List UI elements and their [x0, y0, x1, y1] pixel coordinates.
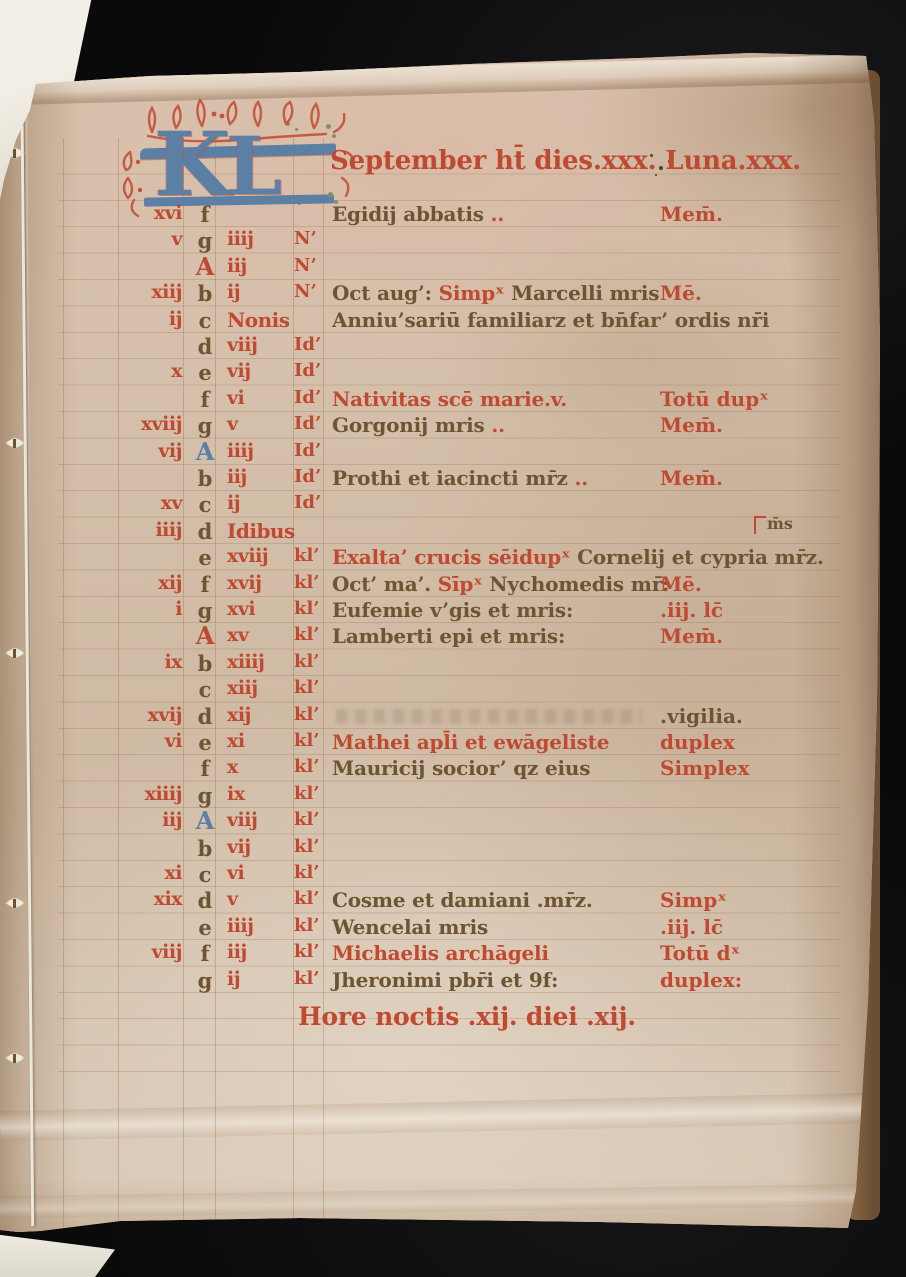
- calends-mark: kl’: [294, 730, 320, 751]
- roman-day-count: ij: [227, 492, 240, 514]
- crease-band: [0, 1093, 870, 1141]
- roman-day-count: xiij: [227, 677, 258, 699]
- calends-mark: Id’: [294, 440, 321, 461]
- calendar-row-day-7: xevijId’: [0, 360, 906, 386]
- text-segment: Mē.: [660, 572, 702, 596]
- text-segment: Gorgonij mris: [332, 413, 485, 437]
- calendar-row-day-15: xijfxvijkl’Oct’ ma’. Sīpˣ Nychomedis mr̄…: [0, 572, 906, 598]
- feast-entry: Mauricij socior’ qz eius: [332, 756, 590, 780]
- golden-number: ij: [112, 308, 182, 330]
- feast-grade: Mem̄.: [660, 413, 723, 437]
- feast-entry: Michaelis archāgeli: [332, 941, 549, 965]
- dominical-letter: c: [189, 862, 221, 887]
- golden-number: xvij: [112, 704, 182, 726]
- feast-grade: duplex:: [660, 968, 742, 992]
- dominical-letter: f: [189, 572, 221, 597]
- dominical-letter: e: [189, 360, 221, 385]
- calends-mark: Id’: [294, 360, 321, 381]
- feast-entry: Gorgonij mris ..: [332, 413, 505, 437]
- roman-day-count: xv: [227, 624, 248, 646]
- text-segment: Mauricij socior’ qz eius: [332, 756, 590, 780]
- calends-mark: kl’: [294, 598, 320, 619]
- golden-number: iiij: [112, 519, 182, 541]
- calends-mark: kl’: [294, 756, 320, 777]
- calends-mark: kl’: [294, 809, 320, 830]
- golden-number: xv: [112, 492, 182, 514]
- feast-entry: Anniu’sariū familiarz et bn̄far’ ordis n…: [332, 308, 769, 332]
- roman-day-count: iij: [227, 255, 247, 277]
- feast-entry: Lamberti epi et mris:: [332, 624, 565, 648]
- text-segment: Michaelis archāgeli: [332, 941, 549, 965]
- initial-letter-k: K: [154, 120, 230, 208]
- roman-day-count: x: [227, 756, 238, 778]
- feast-grade: .iij. lc̄: [660, 598, 723, 622]
- feast-entry: Eufemie v’gis et mris:: [332, 598, 573, 622]
- dominical-letter: d: [189, 519, 221, 544]
- text-segment: Wencelai mris: [332, 915, 488, 939]
- calends-mark: kl’: [294, 572, 320, 593]
- marginal-note-text: m̄s: [767, 514, 793, 533]
- roman-day-count: iiij: [227, 228, 254, 250]
- text-segment: Mem̄.: [660, 624, 723, 648]
- roman-day-count: Idibus: [227, 519, 295, 543]
- feast-grade: .vigilia.: [660, 704, 743, 728]
- golden-number: i: [112, 598, 182, 620]
- roman-day-count: Nonis: [227, 308, 290, 332]
- golden-number: xij: [112, 572, 182, 594]
- calends-mark: kl’: [294, 888, 320, 909]
- text-segment: .iij. lc̄: [660, 915, 723, 939]
- roman-day-count: xvij: [227, 572, 261, 594]
- text-segment: Anniu’sariū familiarz et bn̄far’ ordis n…: [332, 308, 769, 332]
- sewing-slit: [13, 149, 16, 158]
- golden-number: viij: [112, 941, 182, 963]
- golden-number: xix: [112, 888, 182, 910]
- dominical-letter: e: [189, 915, 221, 940]
- calendar-row-day-19: cxiijkl’: [0, 677, 906, 703]
- roman-day-count: viij: [227, 809, 257, 831]
- roman-day-count: v: [227, 413, 238, 435]
- dominical-letter: b: [189, 281, 221, 306]
- text-segment: Totū dupˣ: [660, 387, 769, 411]
- feast-entry: Egidij abbatis ..: [332, 202, 504, 226]
- dominical-letter: c: [189, 677, 221, 702]
- calendar-row-day-22: fxkl’Mauricij socior’ qz eiusSimplex: [0, 756, 906, 782]
- text-segment: Mem̄.: [660, 466, 723, 490]
- roman-day-count: v: [227, 888, 238, 910]
- dominical-letter: A: [189, 806, 221, 835]
- text-segment: Nativitas scē marie.v.: [332, 387, 567, 411]
- calendar-row-day-4: xiijbijN’Oct aug’: Simpˣ Marcelli mrisMē…: [0, 281, 906, 307]
- roman-day-count: iij: [227, 941, 247, 963]
- text-segment: Simpˣ: [439, 281, 511, 305]
- calends-mark: kl’: [294, 624, 320, 645]
- text-segment: ..: [568, 466, 588, 490]
- calendar-row-day-27: xixdvkl’Cosme et damiani .mr̄z.Simpˣ: [0, 888, 906, 914]
- golden-number: x: [112, 360, 182, 382]
- month-header: September ht̄ dies.xxx. Luna.xxx.: [330, 146, 801, 176]
- feast-grade: Totū dˣ: [660, 941, 740, 965]
- feast-entry: Oct’ ma’. Sīpˣ Nychomedis mr̄:: [332, 572, 669, 596]
- text-segment: Mē.: [660, 281, 702, 305]
- roman-day-count: xviij: [227, 545, 268, 567]
- roman-day-count: xiiij: [227, 651, 264, 673]
- golden-number: xiij: [112, 281, 182, 303]
- feast-grade: Mem̄.: [660, 466, 723, 490]
- feast-grade: Mem̄.: [660, 202, 723, 226]
- calendar-row-day-1: xvifEgidij abbatis ..Mem̄.: [0, 202, 906, 228]
- roman-day-count: ij: [227, 968, 240, 990]
- initial-dot: [328, 192, 333, 197]
- dominical-letter: f: [189, 941, 221, 966]
- text-segment: Egidij abbatis: [332, 202, 484, 226]
- feast-grade: Simpˣ: [660, 888, 727, 912]
- calends-mark: Id’: [294, 466, 321, 487]
- roman-day-count: vij: [227, 360, 251, 382]
- dominical-letter: e: [189, 730, 221, 755]
- calends-mark: Id’: [294, 413, 321, 434]
- calends-mark: N’: [294, 281, 317, 302]
- text-segment: Jheronimi pbr̄i et 9f:: [332, 968, 558, 992]
- calendar-row-day-24: iijAviijkl’: [0, 809, 906, 835]
- dominical-letter: g: [189, 228, 221, 253]
- roman-day-count: iiij: [227, 440, 254, 462]
- roman-day-count: viij: [227, 334, 257, 356]
- sewing-slit: [13, 1054, 16, 1063]
- text-segment: Totū dˣ: [660, 941, 740, 965]
- calendar-row-day-2: vgiiijN’: [0, 228, 906, 254]
- text-segment: Sīpˣ: [438, 572, 490, 596]
- text-segment: Marcelli mris: [511, 281, 659, 305]
- text-segment: ..: [485, 413, 505, 437]
- roman-day-count: xi: [227, 730, 245, 752]
- feast-entry: Wencelai mris: [332, 915, 488, 939]
- dominical-letter: b: [189, 466, 221, 491]
- text-segment: Cosme et damiani .mr̄z.: [332, 888, 593, 912]
- dominical-letter: A: [189, 252, 221, 281]
- initial-dot: [326, 124, 331, 129]
- golden-number: xvi: [112, 202, 182, 224]
- roman-day-count: vi: [227, 862, 244, 884]
- feast-entry: Oct aug’: Simpˣ Marcelli mris: [332, 281, 659, 305]
- feast-grade: Mē.: [660, 281, 702, 305]
- golden-number: ix: [112, 651, 182, 673]
- calendar-row-day-8: fviId’Nativitas scē marie.v.Totū dupˣ: [0, 387, 906, 413]
- feast-entry: Exalta’ crucis sēidupˣ Cornelij et cypri…: [332, 545, 824, 569]
- roman-day-count: ij: [227, 281, 240, 303]
- calends-mark: kl’: [294, 783, 320, 804]
- calends-mark: Id’: [294, 334, 321, 355]
- calendar-row-day-6: dviijId’: [0, 334, 906, 360]
- calendar-row-day-25: bvijkl’: [0, 836, 906, 862]
- calends-mark: N’: [294, 255, 317, 276]
- calendar-row-day-5: ijcNonisAnniu’sariū familiarz et bn̄far’…: [0, 308, 906, 334]
- feast-grade: duplex: [660, 730, 735, 754]
- feast-entry: Nativitas scē marie.v.: [332, 387, 567, 411]
- text-segment: duplex: [660, 730, 735, 754]
- initial-letter-l: L: [226, 126, 282, 206]
- dominical-letter: b: [189, 836, 221, 861]
- dominical-letter: g: [189, 598, 221, 623]
- dominical-letter: d: [189, 704, 221, 729]
- dominical-letter: A: [189, 621, 221, 650]
- calends-mark: kl’: [294, 941, 320, 962]
- calends-mark: kl’: [294, 862, 320, 883]
- sewing-station: [5, 1052, 25, 1064]
- calends-mark: kl’: [294, 651, 320, 672]
- calends-mark: N’: [294, 228, 317, 249]
- hours-footer: Hore noctis .xij. diei .xij.: [298, 1002, 636, 1031]
- feast-entry: Jheronimi pbr̄i et 9f:: [332, 968, 558, 992]
- dominical-letter: d: [189, 888, 221, 913]
- dominical-letter: A: [189, 437, 221, 466]
- golden-number: xi: [112, 862, 182, 884]
- dominical-letter: g: [189, 783, 221, 808]
- dominical-letter: f: [189, 756, 221, 781]
- text-segment: Simpˣ: [660, 888, 727, 912]
- feast-grade: .iij. lc̄: [660, 915, 723, 939]
- flyleaf-corner-bottom-left: [0, 1228, 125, 1277]
- calendar-row-day-18: ixbxiiijkl’: [0, 651, 906, 677]
- dominical-letter: c: [189, 308, 221, 333]
- golden-number: v: [112, 228, 182, 250]
- calends-mark: kl’: [294, 677, 320, 698]
- text-segment: Lamberti epi et mris:: [332, 624, 565, 648]
- text-segment: ..: [484, 202, 504, 226]
- roman-day-count: iij: [227, 466, 247, 488]
- roman-day-count: iiij: [227, 915, 254, 937]
- calendar-row-day-28: eiiijkl’Wencelai mris.iij. lc̄: [0, 915, 906, 941]
- calends-mark: kl’: [294, 915, 320, 936]
- roman-day-count: xvi: [227, 598, 255, 620]
- dominical-letter: b: [189, 651, 221, 676]
- text-segment: Eufemie v’gis et mris:: [332, 598, 573, 622]
- erased-entry-smudge: [336, 709, 642, 724]
- golden-number: xiiij: [112, 783, 182, 805]
- dominical-letter: d: [189, 334, 221, 359]
- calends-mark: kl’: [294, 545, 320, 566]
- roman-day-count: vi: [227, 387, 244, 409]
- text-segment: Mem̄.: [660, 202, 723, 226]
- calendar-row-day-14: exviijkl’Exalta’ crucis sēidupˣ Cornelij…: [0, 545, 906, 571]
- calends-mark: Id’: [294, 492, 321, 513]
- initial-dot: [332, 134, 336, 138]
- calendar-row-day-9: xviijgvId’Gorgonij mris ..Mem̄.: [0, 413, 906, 439]
- text-segment: .vigilia.: [660, 704, 743, 728]
- calendar-row-day-30: gijkl’Jheronimi pbr̄i et 9f:duplex:: [0, 968, 906, 994]
- dominical-letter: f: [189, 202, 221, 227]
- roman-day-count: xij: [227, 704, 251, 726]
- golden-number: iij: [112, 809, 182, 831]
- calends-mark: kl’: [294, 836, 320, 857]
- calendar-row-day-17: Axvkl’Lamberti epi et mris:Mem̄.: [0, 624, 906, 650]
- calends-mark: Id’: [294, 387, 321, 408]
- roman-day-count: ix: [227, 783, 245, 805]
- calends-mark: kl’: [294, 968, 320, 989]
- dominical-letter: e: [189, 545, 221, 570]
- marginal-bracket: [754, 516, 766, 534]
- text-segment: Mathei apl̄i et ewāgeliste: [332, 730, 609, 754]
- calendar-row-day-29: viijfiijkl’Michaelis archāgeliTotū dˣ: [0, 941, 906, 967]
- feast-grade: Totū dupˣ: [660, 387, 769, 411]
- text-segment: Cornelij et cypria mr̄z.: [577, 545, 824, 569]
- text-segment: Exalta’ crucis sēidupˣ: [332, 545, 577, 569]
- feast-grade: Mem̄.: [660, 624, 723, 648]
- text-segment: Oct’ ma’.: [332, 572, 438, 596]
- text-segment: duplex:: [660, 968, 742, 992]
- calends-mark: kl’: [294, 704, 320, 725]
- feast-grade: Simplex: [660, 756, 749, 780]
- text-segment: Nychomedis mr̄:: [489, 572, 669, 596]
- golden-number: vi: [112, 730, 182, 752]
- text-segment: Prothi et iacincti mr̄z: [332, 466, 568, 490]
- calendar-row-day-21: viexikl’Mathei apl̄i et ewāgelisteduplex: [0, 730, 906, 756]
- feast-entry: Cosme et damiani .mr̄z.: [332, 888, 593, 912]
- text-segment: Oct aug’:: [332, 281, 439, 305]
- calendar-row-day-20: xvijdxijkl’.vigilia.: [0, 704, 906, 730]
- calendar-row-day-16: igxvikl’Eufemie v’gis et mris:.iij. lc̄: [0, 598, 906, 624]
- manuscript-photo: K L September ht̄ dies.xxx. Luna.xxx. xv…: [0, 0, 906, 1277]
- golden-number: xviij: [112, 413, 182, 435]
- dominical-letter: c: [189, 492, 221, 517]
- feast-grade: Mē.: [660, 572, 702, 596]
- dominical-letter: g: [189, 968, 221, 993]
- feast-entry: Prothi et iacincti mr̄z ..: [332, 466, 588, 490]
- calendar-row-day-11: biijId’Prothi et iacincti mr̄z ..Mem̄.: [0, 466, 906, 492]
- calendar-row-day-3: AiijN’: [0, 255, 906, 281]
- dominical-letter: f: [189, 387, 221, 412]
- golden-number: vij: [112, 440, 182, 462]
- dominical-letter: g: [189, 413, 221, 438]
- text-segment: .iij. lc̄: [660, 598, 723, 622]
- calendar-row-day-23: xiiijgixkl’: [0, 783, 906, 809]
- calendar-row-day-10: vijAiiijId’: [0, 440, 906, 466]
- text-segment: Mem̄.: [660, 413, 723, 437]
- feast-entry: Mathei apl̄i et ewāgeliste: [332, 730, 609, 754]
- text-segment: Simplex: [660, 756, 749, 780]
- calendar-row-day-26: xicvikl’: [0, 862, 906, 888]
- roman-day-count: vij: [227, 836, 251, 858]
- marginal-note: m̄s: [754, 514, 802, 538]
